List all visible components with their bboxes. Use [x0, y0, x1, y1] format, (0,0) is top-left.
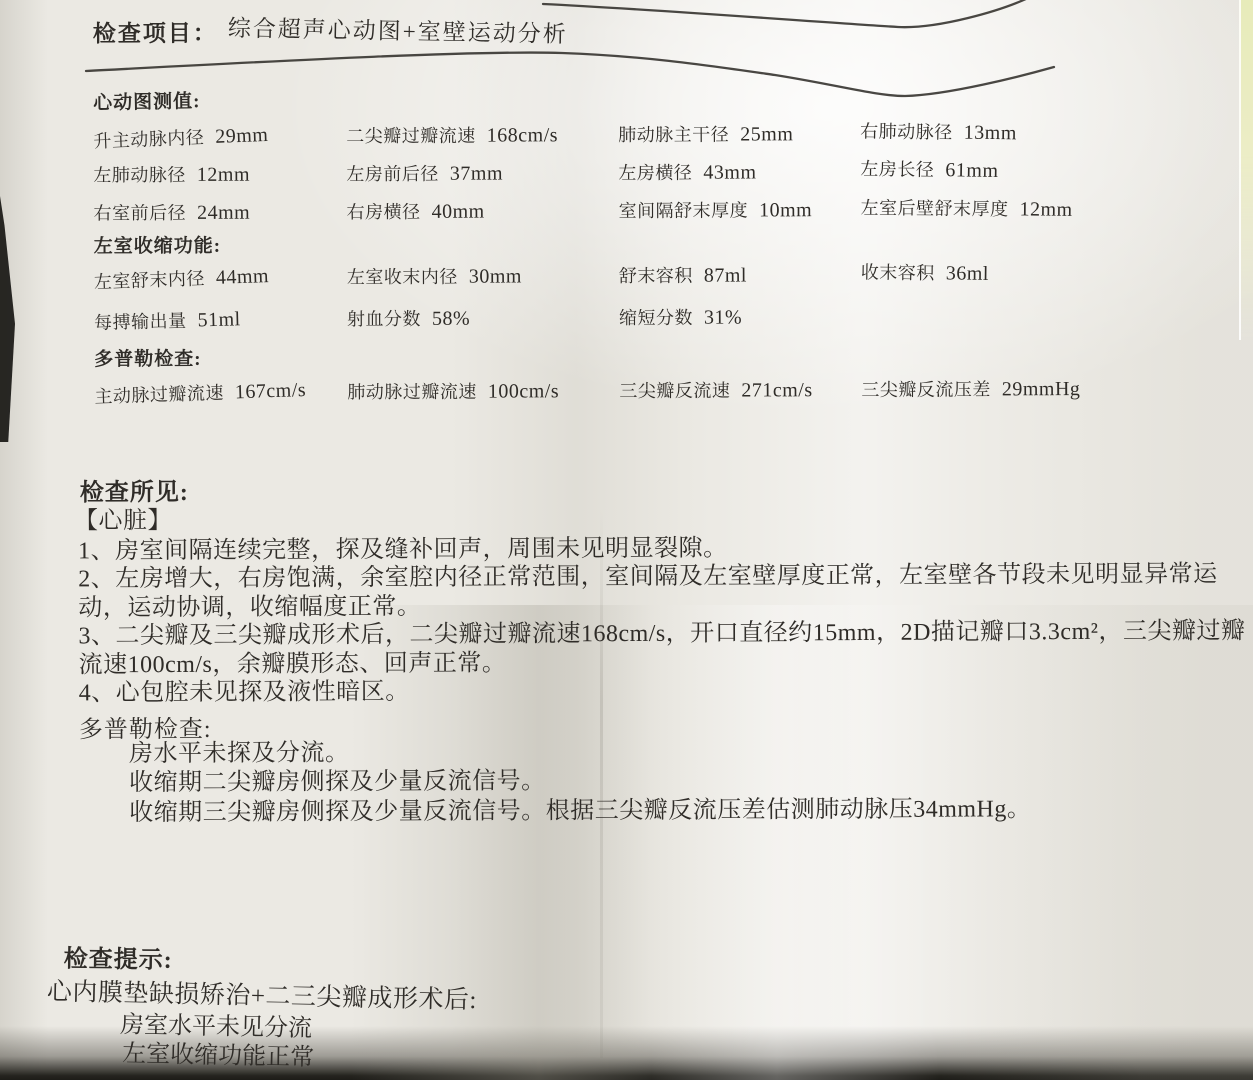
measurement-cell: 左房横径43mm [618, 158, 860, 185]
measurement-value: 87ml [704, 264, 747, 287]
findings-title: 检查所见: [80, 472, 189, 507]
measurement-value: 12mm [197, 164, 250, 187]
measurement-label: 左房长径 [860, 155, 934, 182]
measurement-label: 二尖瓣过瓣流速 [346, 122, 476, 149]
measurement-cell: 三尖瓣反流速271cm/s [619, 376, 861, 403]
exam-item-label: 检查项目： [93, 21, 218, 47]
report-content: 检查项目：综合超声心动图+室壁运动分析 心动图测值: 升主动脉内径29mm 二尖… [0, 0, 1253, 1080]
measurement-cell: 左房前后径37mm [346, 159, 618, 186]
measurement-cell: 收末容积36ml [861, 258, 1169, 288]
measurement-value: 271cm/s [741, 379, 812, 402]
measurement-cell: 左房长径61mm [860, 155, 1168, 186]
findings-line: 1、房室间隔连续完整，探及缝补回声，周围未见明显裂隙。 [78, 535, 728, 567]
measurement-cell: 升主动脉内径29mm [93, 118, 347, 153]
measurement-label: 左房前后径 [346, 160, 439, 186]
measurement-value: 29mm [215, 124, 269, 149]
section-title-doppler: 多普勒检查: [94, 344, 201, 371]
measurement-label: 三尖瓣反流压差 [861, 375, 991, 402]
measurement-cell: 左室后壁舒末厚度12mm [860, 194, 1168, 223]
echocardiogram-report-photo: 检查项目：综合超声心动图+室壁运动分析 心动图测值: 升主动脉内径29mm 二尖… [0, 0, 1253, 1080]
measurement-cell: 二尖瓣过瓣流速168cm/s [346, 121, 618, 148]
section-title-echo-values: 心动图测值: [93, 86, 201, 115]
measurement-label: 右室前后径 [94, 199, 187, 225]
measurement-value: 58% [432, 308, 470, 331]
measurement-value: 44mm [215, 265, 269, 290]
findings-doppler-line: 收缩期三尖瓣房侧探及少量反流信号。根据三尖瓣反流压差估测肺动脉压34mmHg。 [129, 795, 1031, 828]
exam-item-value: 综合超声心动图+室壁运动分析 [228, 10, 569, 49]
measurement-cell: 右室前后径24mm [94, 198, 347, 225]
measurement-label: 缩短分数 [619, 304, 693, 330]
measurement-cell: 三尖瓣反流压差29mmHg [861, 375, 1169, 402]
measurement-value: 100cm/s [488, 380, 559, 403]
measurement-label: 室间隔舒末厚度 [619, 196, 749, 223]
measurement-cell: 缩短分数31% [619, 303, 861, 330]
measurement-value: 25mm [740, 123, 793, 146]
measurement-label: 三尖瓣反流速 [619, 377, 730, 403]
measurement-value: 10mm [759, 199, 812, 222]
measurement-cell: 每搏输出量51ml [94, 303, 348, 335]
measurement-value: 168cm/s [487, 124, 558, 147]
measurement-cell: 射血分数58% [347, 304, 619, 331]
measurement-cell: 肺动脉主干径25mm [618, 120, 860, 147]
findings-line: 2、左房增大，右房饱满，余室腔内径正常范围，室间隔及左室壁厚度正常，左室壁各节段… [78, 560, 1253, 623]
measurement-row: 左肺动脉径12mm 左房前后径37mm 左房横径43mm 左房长径61mm [93, 157, 1168, 188]
measurement-label: 左室收末内径 [347, 263, 458, 289]
measurement-cell-empty [861, 302, 1169, 329]
measurement-value: 61mm [945, 159, 998, 183]
measurement-value: 167cm/s [235, 379, 307, 404]
measurement-label: 右肺动脉径 [860, 117, 953, 144]
measurement-row: 右室前后径24mm 右房横径40mm 室间隔舒末厚度10mm 左室后壁舒末厚度1… [94, 195, 1169, 226]
measurement-label: 射血分数 [347, 305, 421, 331]
measurement-label: 升主动脉内径 [93, 123, 205, 153]
summary-line: 左室收缩功能正常 [122, 1033, 315, 1072]
measurement-value: 51ml [197, 308, 241, 332]
measurement-label: 舒末容积 [619, 262, 693, 288]
measurement-cell: 肺动脉过瓣流速100cm/s [347, 377, 619, 404]
findings-line: 4、心包腔未见探及液性暗区。 [79, 678, 410, 708]
measurement-label: 左室舒末内径 [93, 264, 205, 294]
measurement-label: 左房横径 [618, 159, 692, 185]
measurement-cell: 右肺动脉径13mm [860, 117, 1168, 147]
measurement-value: 12mm [1019, 198, 1072, 222]
exam-item-header: 检查项目：综合超声心动图+室壁运动分析 [93, 13, 568, 48]
measurement-value: 40mm [432, 201, 485, 224]
measurement-value: 30mm [469, 265, 522, 288]
measurement-label: 主动脉过瓣流速 [94, 379, 224, 409]
measurement-value: 13mm [964, 122, 1017, 146]
measurement-row: 左室舒末内径44mm 左室收末内径30mm 舒末容积87ml 收末容积36ml [94, 260, 1169, 291]
measurement-cell: 左室舒末内径44mm [93, 259, 347, 294]
measurement-value: 29mmHg [1002, 378, 1081, 401]
measurement-value: 24mm [197, 202, 250, 225]
measurement-label: 肺动脉过瓣流速 [347, 378, 477, 405]
measurement-cell: 右房横径40mm [347, 197, 619, 224]
measurement-label: 左室后壁舒末厚度 [860, 194, 1008, 221]
measurement-cell: 主动脉过瓣流速167cm/s [94, 375, 348, 409]
summary-title: 检查提示: [64, 938, 173, 974]
measurement-label: 左肺动脉径 [93, 161, 186, 187]
measurement-label: 收末容积 [861, 258, 935, 285]
measurement-cell: 室间隔舒末厚度10mm [619, 196, 861, 223]
findings-doppler-line: 收缩期二尖瓣房侧探及少量反流信号。 [129, 767, 546, 798]
measurement-row: 每搏输出量51ml 射血分数58% 缩短分数31% [94, 302, 1169, 333]
measurement-row: 主动脉过瓣流速167cm/s 肺动脉过瓣流速100cm/s 三尖瓣反流速271c… [94, 375, 1169, 406]
measurement-label: 右房横径 [347, 198, 421, 224]
measurement-row: 升主动脉内径29mm 二尖瓣过瓣流速168cm/s 肺动脉主干径25mm 右肺动… [93, 119, 1168, 150]
measurement-value: 37mm [450, 163, 503, 186]
measurement-label: 肺动脉主干径 [618, 121, 729, 147]
measurement-value: 36ml [946, 262, 989, 286]
measurement-value: 43mm [703, 161, 756, 184]
measurement-label: 每搏输出量 [94, 307, 187, 335]
findings-doppler-line: 房水平未探及分流。 [129, 739, 350, 769]
findings-heart-tag: 【心脏】 [74, 507, 172, 536]
measurement-cell: 左肺动脉径12mm [93, 160, 346, 187]
measurement-cell: 舒末容积87ml [619, 261, 861, 288]
measurement-value: 31% [704, 306, 742, 329]
findings-line: 3、二尖瓣及三尖瓣成形术后，二尖瓣过瓣流速168cm/s，开口直径约15mm，2… [78, 617, 1253, 680]
measurement-cell: 左室收末内径30mm [347, 262, 619, 289]
section-title-lv-function: 左室收缩功能: [94, 231, 221, 259]
